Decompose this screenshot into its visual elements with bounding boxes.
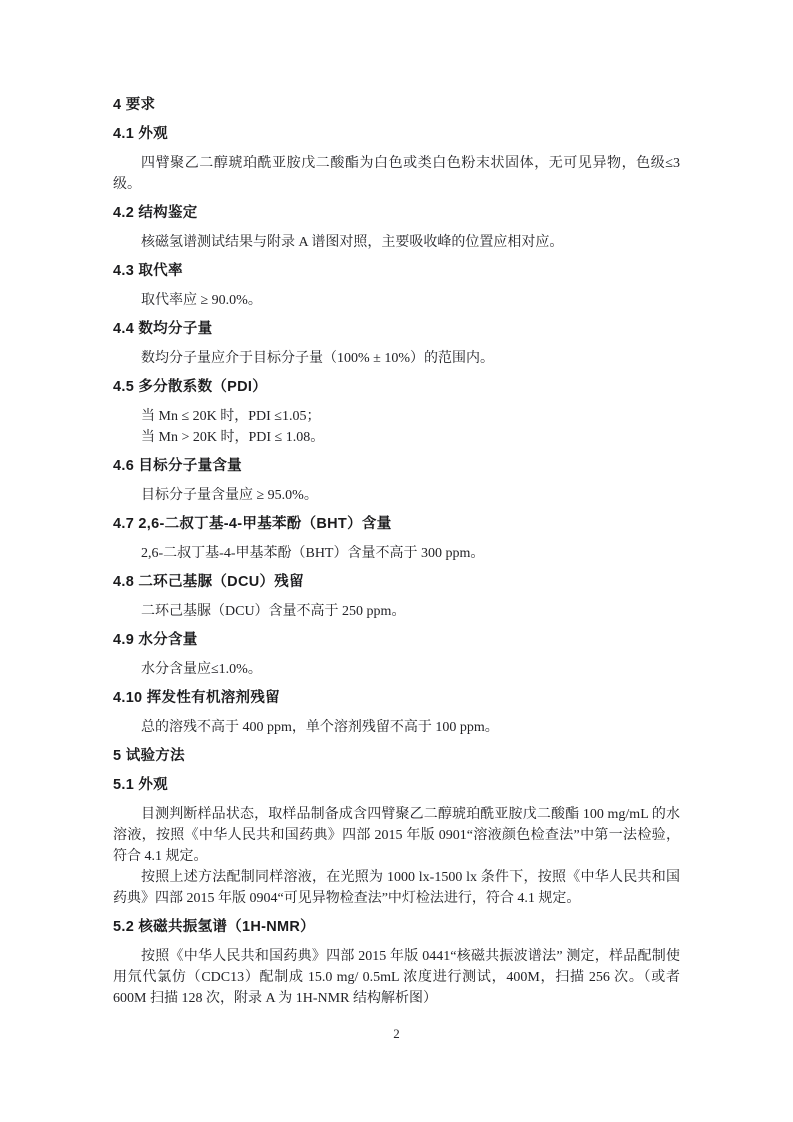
para-4-10-solvent-residue: 总的溶残不高于 400 ppm，单个溶剂残留不高于 100 ppm。 [113,717,680,738]
document-body: 4 要求 4.1 外观 四臂聚乙二醇琥珀酰亚胺戊二酸酯为白色或类白色粉末状固体，… [113,95,680,1009]
para-4-5-pdi-line1: 当 Mn ≤ 20K 时，PDI ≤1.05； [113,406,680,427]
document-page: 4 要求 4.1 外观 四臂聚乙二醇琥珀酰亚胺戊二酸酯为白色或类白色粉末状固体，… [0,0,793,1122]
para-5-1-appearance-2: 按照上述方法配制同样溶液，在光照为 1000 lx-1500 lx 条件下，按照… [113,867,680,909]
para-4-3-substitution-rate: 取代率应 ≥ 90.0%。 [113,290,680,311]
heading-4-7-bht-content: 4.7 2,6-二叔丁基-4-甲基苯酚（BHT）含量 [113,514,680,535]
para-4-6-target-mw-content: 目标分子量含量应 ≥ 95.0%。 [113,485,680,506]
heading-4-9-water-content: 4.9 水分含量 [113,630,680,651]
para-4-9-water-content: 水分含量应≤1.0%。 [113,659,680,680]
para-4-2-structure-id: 核磁氢谱测试结果与附录 A 谱图对照，主要吸收峰的位置应相对应。 [113,232,680,253]
heading-5-2-nmr: 5.2 核磁共振氢谱（1H-NMR） [113,917,680,938]
para-4-5-pdi-line2: 当 Mn > 20K 时，PDI ≤ 1.08。 [113,427,680,448]
page-number: 2 [0,1026,793,1042]
para-4-1-appearance: 四臂聚乙二醇琥珀酰亚胺戊二酸酯为白色或类白色粉末状固体，无可见异物，色级≤3级。 [113,153,680,195]
heading-4-2-structure-id: 4.2 结构鉴定 [113,203,680,224]
para-4-8-dcu-residue: 二环己基脲（DCU）含量不高于 250 ppm。 [113,601,680,622]
para-4-7-bht-content: 2,6-二叔丁基-4-甲基苯酚（BHT）含量不高于 300 ppm。 [113,543,680,564]
para-5-2-nmr: 按照《中华人民共和国药典》四部 2015 年版 0441“核磁共振波谱法” 测定… [113,946,680,1009]
heading-4-10-solvent-residue: 4.10 挥发性有机溶剂残留 [113,688,680,709]
heading-4-requirements: 4 要求 [113,95,680,116]
heading-4-8-dcu-residue: 4.8 二环己基脲（DCU）残留 [113,572,680,593]
heading-4-4-number-avg-mw: 4.4 数均分子量 [113,319,680,340]
heading-5-test-methods: 5 试验方法 [113,746,680,767]
para-5-1-appearance-1: 目测判断样品状态，取样品制备成含四臂聚乙二醇琥珀酰亚胺戊二酸酯 100 mg/m… [113,804,680,867]
heading-5-1-appearance: 5.1 外观 [113,775,680,796]
heading-4-6-target-mw-content: 4.6 目标分子量含量 [113,456,680,477]
heading-4-5-pdi: 4.5 多分散系数（PDI） [113,377,680,398]
para-4-4-number-avg-mw: 数均分子量应介于目标分子量（100% ± 10%）的范围内。 [113,348,680,369]
heading-4-1-appearance: 4.1 外观 [113,124,680,145]
heading-4-3-substitution-rate: 4.3 取代率 [113,261,680,282]
